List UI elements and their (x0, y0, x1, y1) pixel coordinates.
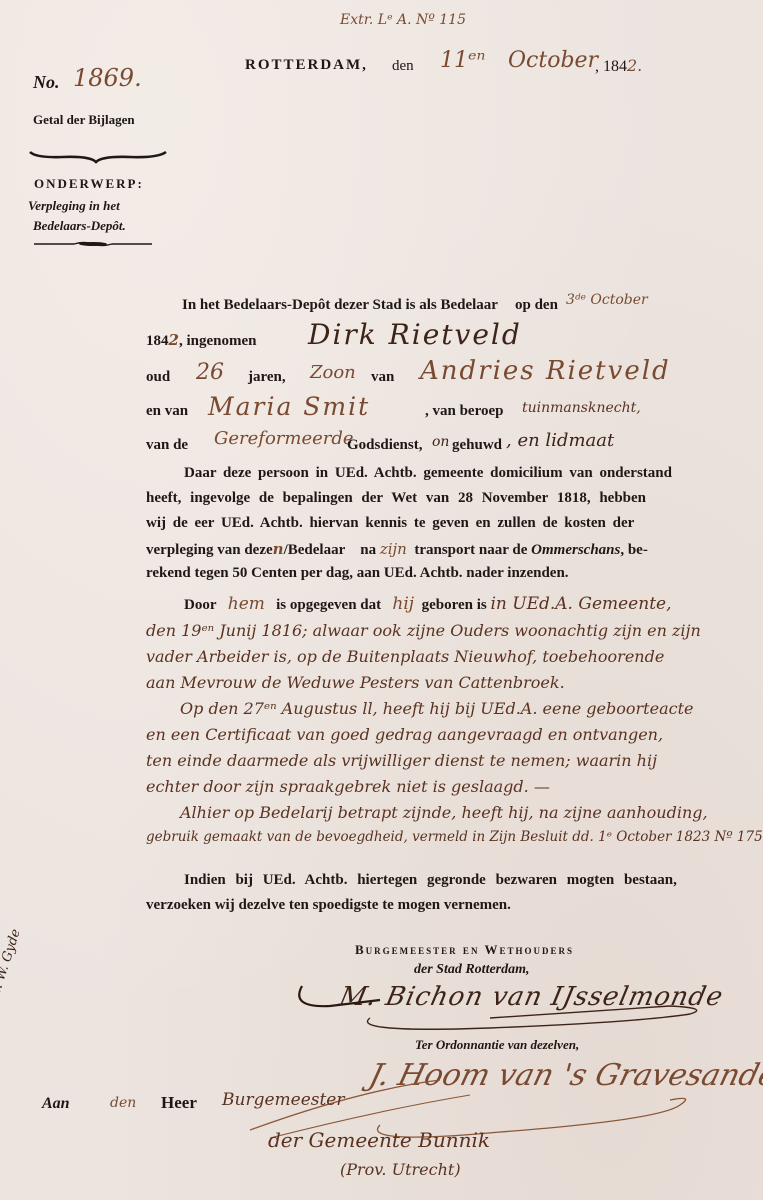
handwritten-line-6: ten einde daarmede als vrijwilliger dien… (146, 751, 657, 770)
date-day: 11ᵉⁿ (440, 48, 485, 73)
gehuwd-label: gehuwd (452, 437, 502, 454)
address-heer: Heer (161, 1093, 197, 1113)
father-name: Andries Rietveld (420, 356, 671, 386)
van-de-label: van de (146, 437, 188, 454)
relation-value: Zoon (310, 362, 356, 383)
attachments-label: Getal der Bijlagen (33, 112, 135, 128)
paragraph-3-line-1: Door hem is opgegeven dat hij geboren is… (184, 594, 672, 614)
paragraph-2-line-5: rekend tegen 50 Centen per dag, aan UEd.… (146, 565, 569, 582)
intro-line: In het Bedelaars-Depôt dezer Stad is als… (182, 297, 498, 314)
oud-label: oud (146, 369, 170, 386)
subject-label: ONDERWERP: (34, 176, 144, 192)
intake-year: 1842, ingenomen (146, 331, 256, 350)
address-province: (Prov. Utrecht) (340, 1160, 461, 1179)
authority-title: Burgemeester en Wethouders (355, 942, 574, 958)
authority-city: der Stad Rotterdam, (414, 962, 530, 978)
handwritten-line-1: den 19ᵉⁿ Junij 1816; alwaar ook zijne Ou… (146, 621, 701, 640)
date-year-printed: , 184 (595, 58, 627, 75)
handwritten-line-2: vader Arbeider is, op de Buitenplaats Ni… (146, 647, 664, 666)
address-den: den (110, 1095, 136, 1111)
handwritten-line-8: Alhier op Bedelarij betrapt zijnde, heef… (180, 803, 708, 822)
paragraph-4-line-2: verzoeken wij dezelve ten spoedigste te … (146, 897, 511, 914)
ordonnantie-label: Ter Ordonnantie van dezelven, (415, 1037, 579, 1053)
archive-reference-note: Extr. Lᵉ A. Nº 115 (340, 12, 466, 28)
date-year-handwritten: 2. (627, 56, 642, 75)
subject-line-2: Bedelaars-Depôt. (33, 218, 126, 234)
ommerschans-place: Ommerschans (531, 542, 620, 558)
religion-value: Gereformeerde (214, 428, 354, 449)
person-name: Dirk Rietveld (308, 318, 522, 351)
marital-prefix: on (432, 434, 449, 450)
date-year: , 1842. (595, 56, 642, 76)
handwritten-line-9: gebruik gemaakt van de bevoegdheid, verm… (146, 829, 763, 845)
subject-line-1: Verpleging in het (28, 198, 120, 214)
mother-name: Maria Smit (208, 392, 370, 421)
handwritten-line-4: Op den 27ᵉⁿ Augustus ll, heeft hij bij U… (180, 699, 693, 718)
document-number: 1869. (73, 64, 142, 92)
van-label: van (371, 369, 394, 386)
handwritten-line-3: aan Mevrouw de Weduwe Pesters van Catten… (146, 673, 565, 692)
intake-date: 3ᵈᵉ October (566, 292, 648, 308)
brace-ornament-icon (28, 148, 168, 166)
church-member-value: , en lidmaat (506, 430, 614, 451)
op-den-label: op den (515, 297, 558, 314)
paragraph-2-line-4: verpleging van dezen/Bedelaar na zijn tr… (146, 540, 648, 559)
date-den-label: den (392, 58, 414, 75)
handwritten-line-7: echter door zijn spraakgebrek niet is ge… (146, 777, 550, 796)
paragraph-4-line-1: Indien bij UEd. Achtb. hiertegen gegrond… (184, 872, 677, 889)
address-aan: Aan (42, 1095, 70, 1113)
en-van-label: en van (146, 403, 188, 420)
paragraph-2-line-2: heeft, ingevolge de bepalingen der Wet v… (146, 490, 646, 507)
godsdienst-label: Godsdienst, (347, 437, 422, 454)
address-municipality: der Gemeente Bunnik (268, 1128, 490, 1152)
occupation-value: tuinmansknecht, (522, 400, 641, 416)
age-value: 26 (196, 360, 224, 385)
beroep-label: , van beroep (425, 403, 503, 420)
jaren-label: jaren, (248, 369, 286, 386)
handwritten-line-5: en een Certificaat van goed gedrag aange… (146, 725, 663, 744)
date-month: October (508, 48, 598, 73)
number-label: No. (33, 72, 60, 93)
paragraph-2-line-3: wij de eer UEd. Achtb. hiervan kennis te… (146, 515, 634, 532)
margin-note: Gezien W. Gyde (0, 968, 82, 1053)
paragraph-2-line-1: Daar deze persoon in UEd. Achtb. gemeent… (184, 465, 672, 482)
rule-ornament-icon (34, 240, 152, 248)
signature-flourish-1-icon (290, 978, 710, 1038)
place-heading: ROTTERDAM, (245, 57, 368, 74)
address-title: Burgemeester (222, 1090, 345, 1110)
